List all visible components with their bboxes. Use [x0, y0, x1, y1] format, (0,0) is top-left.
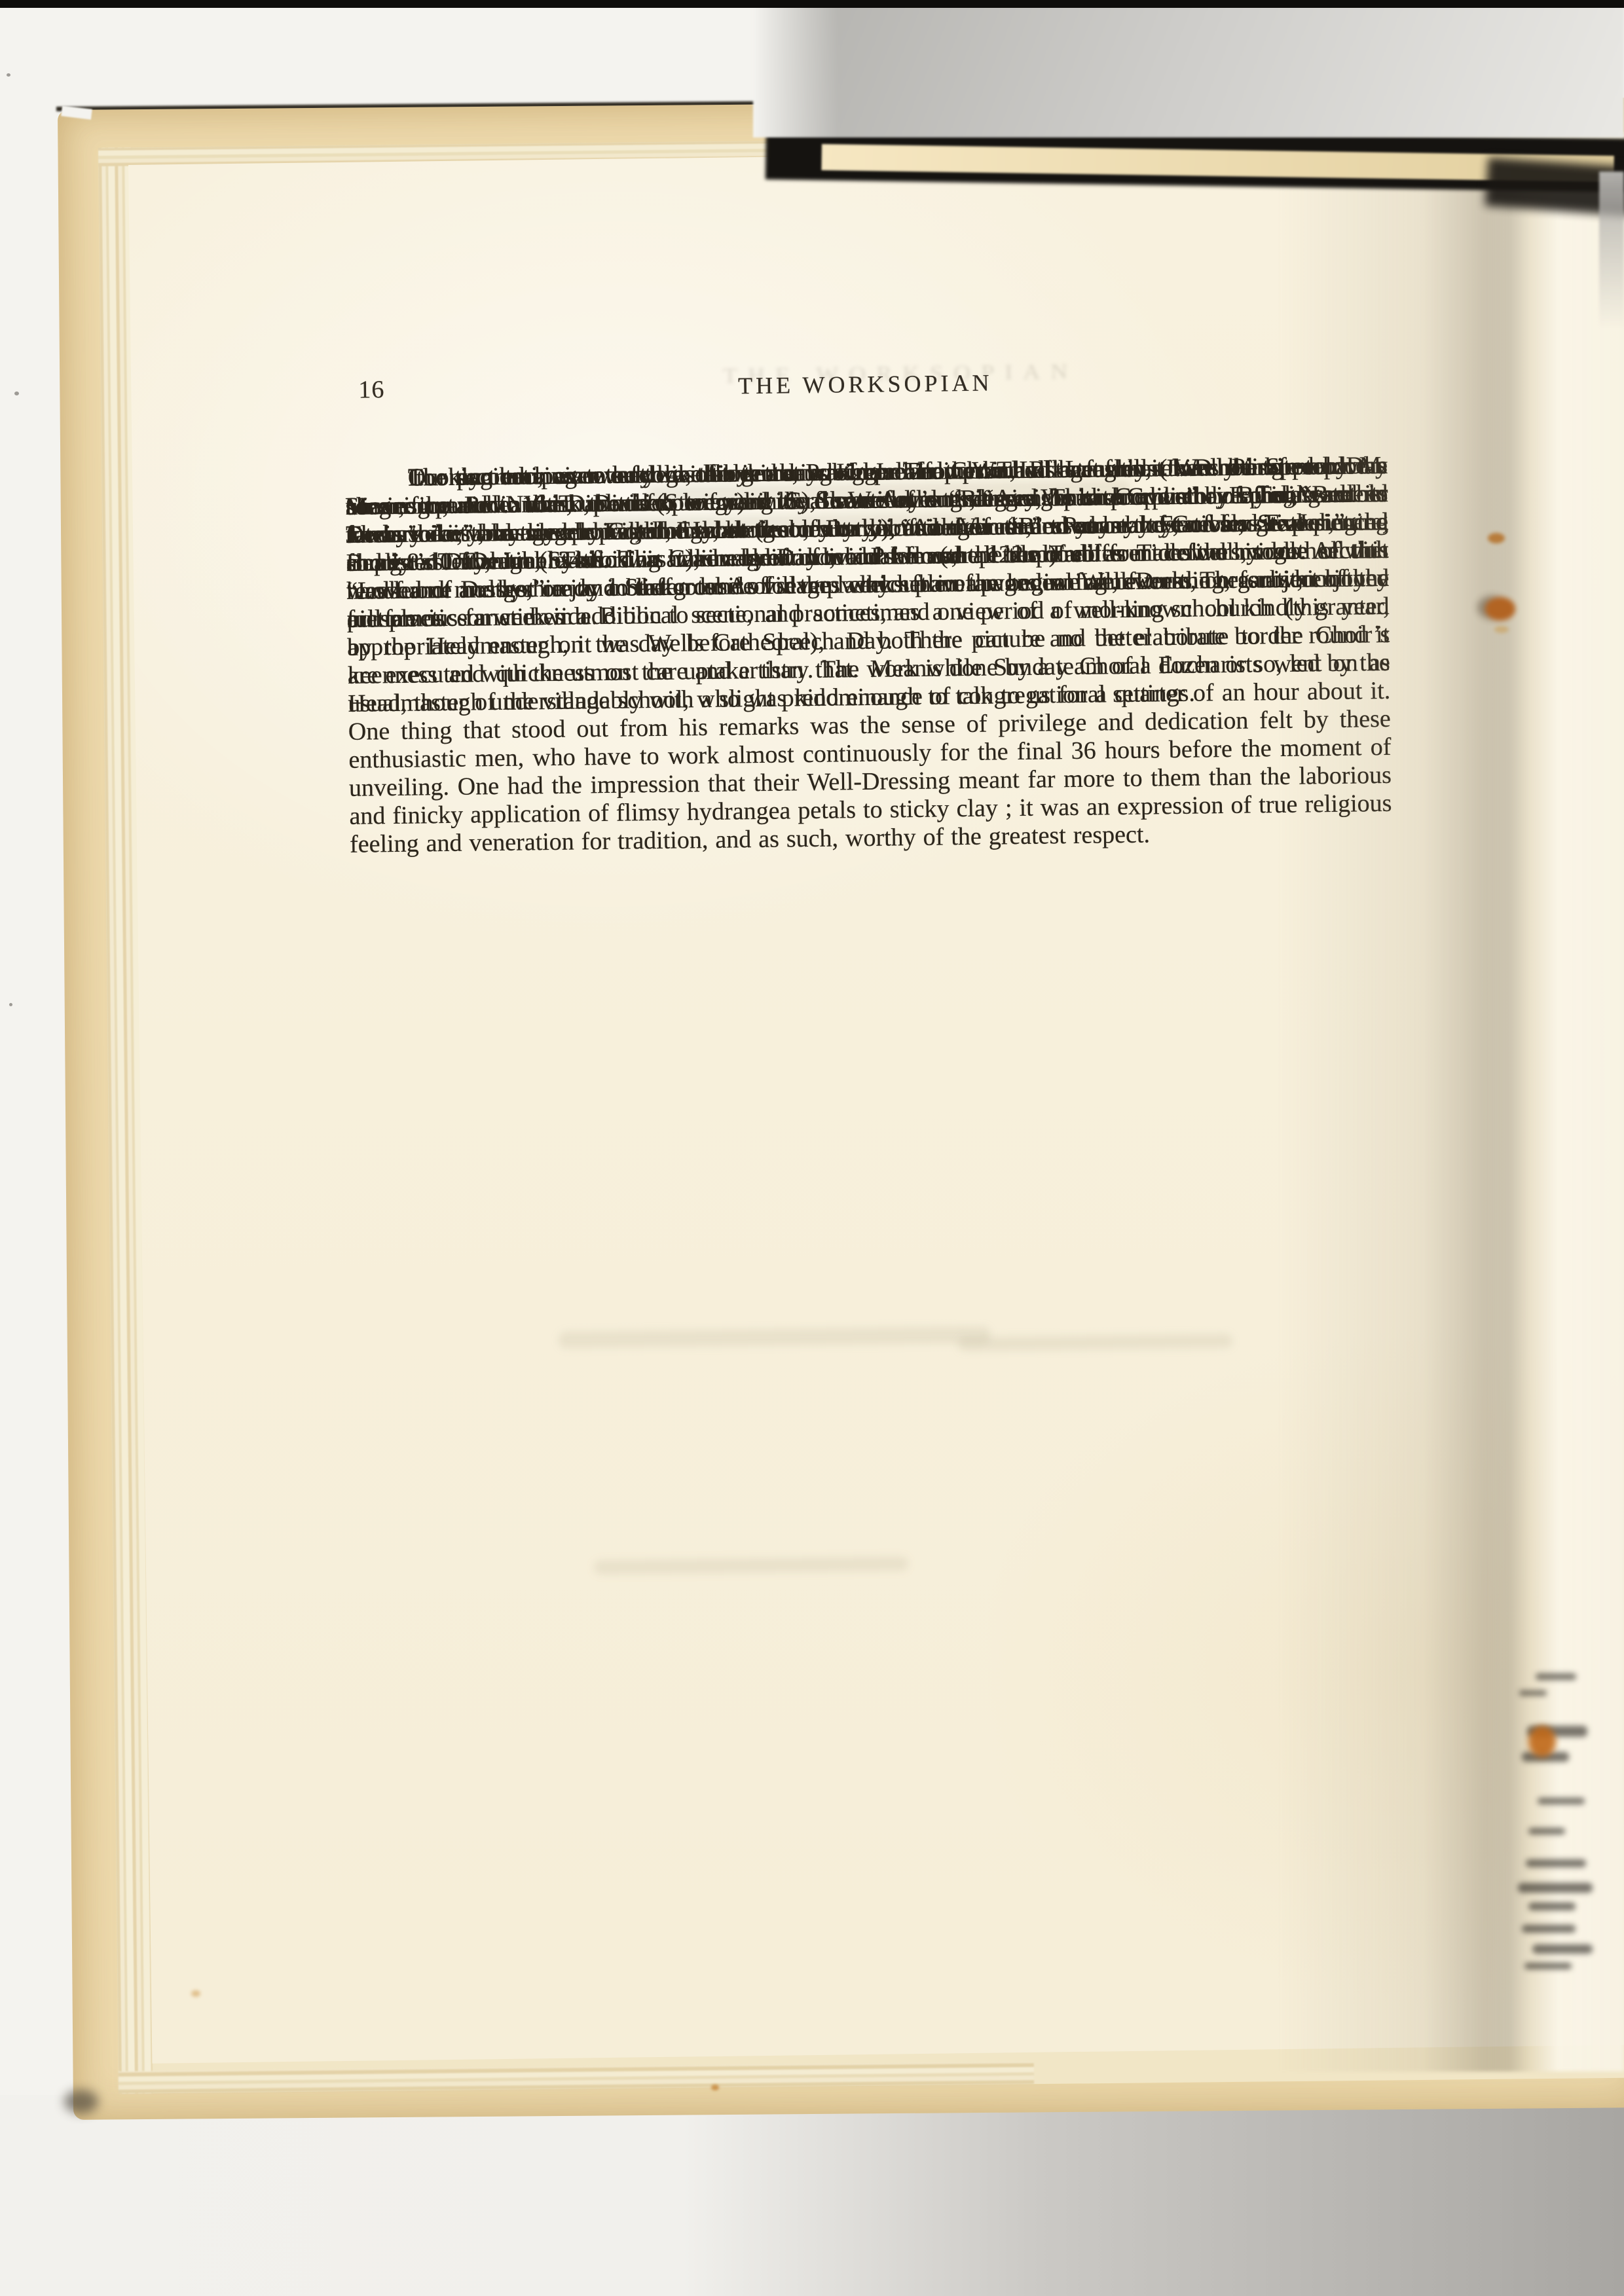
dust-speck: [14, 392, 19, 395]
cover-corner-smudge: [64, 2090, 98, 2113]
scanned-book-page: THE WORKSOPIAN 16 THE WORKSOPIAN Our two…: [0, 0, 1624, 2296]
foxing-spot: [1494, 626, 1509, 633]
scanner-gray-right-edge: [1599, 172, 1624, 329]
dust-speck: [7, 73, 10, 77]
publication-title: THE WORKSOPIAN: [344, 364, 1386, 405]
running-header: THE WORKSOPIAN 16 THE WORKSOPIAN: [344, 363, 1386, 407]
dust-speck: [9, 1003, 12, 1006]
scanner-top-strip: [0, 0, 1624, 8]
foxing-spot: [1528, 1726, 1556, 1757]
paragraph: It only remains to say good-bye to P. K.…: [345, 452, 1388, 549]
foxing-spot: [1488, 533, 1505, 543]
page-content: THE WORKSOPIAN 16 THE WORKSOPIAN Our two…: [344, 363, 1406, 1947]
foxing-spot: [1485, 597, 1515, 621]
foxing-spot: [191, 1990, 200, 1997]
scanner-lid-gray-area: [753, 5, 1624, 137]
article-body: Our two main events fell within ten days…: [345, 452, 1388, 465]
foxing-spot: [711, 2085, 719, 2090]
scanner-background-bottom: [0, 2095, 1624, 2296]
gutter-ink-smudges: [1500, 1664, 1617, 1992]
